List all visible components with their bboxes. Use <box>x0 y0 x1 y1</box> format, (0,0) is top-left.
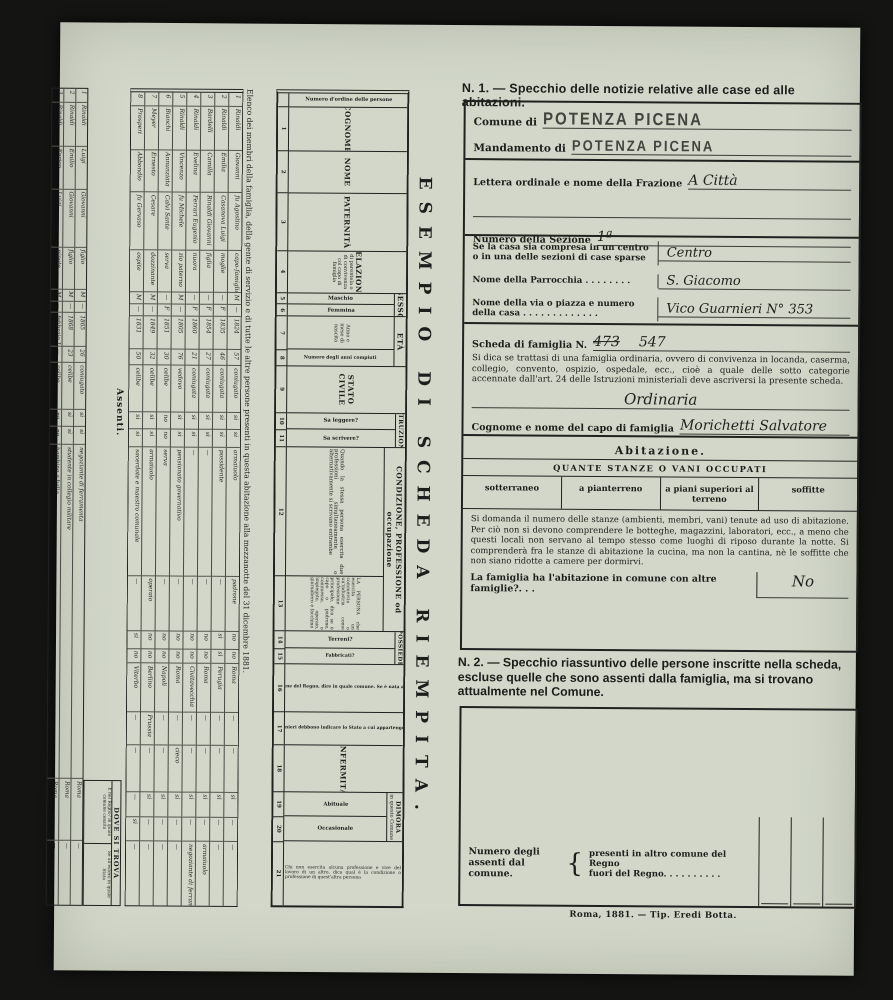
assente-cell: M <box>51 289 62 301</box>
example-header-table: Numero d'ordine delle persone COGNOME NO… <box>271 89 410 908</box>
imprint: Roma, 1881. — Tip. Eredi Botta. <box>454 909 852 922</box>
person-cell: celibe <box>143 366 156 413</box>
n2-assenti-cell-f[interactable] <box>790 818 823 907</box>
col-scrivere-label: Sa scrivere? <box>323 435 359 441</box>
assente-cell: — <box>63 301 74 313</box>
person-cell: — <box>126 792 139 817</box>
person-cell: no <box>197 631 210 649</box>
col-stato-civile: STATO CIVILE <box>287 366 405 413</box>
person-cell: Roma <box>225 664 238 713</box>
assente-cell: 3 <box>52 89 63 103</box>
person-cell: — <box>183 713 196 746</box>
person-cell: — <box>196 746 209 793</box>
col-femmina-label: Femmina <box>327 307 354 313</box>
person-cell: no <box>183 631 196 649</box>
person-cell: vedovo <box>171 366 184 413</box>
person-cell: 4 <box>187 93 200 107</box>
col-istruzione: ISTRUZIONE Sa leggere? Sa scrivere? <box>287 413 405 449</box>
person-cell: no <box>183 649 196 664</box>
col-leggere-label: Sa leggere? <box>324 418 359 424</box>
person-cell: F <box>158 304 171 316</box>
person-cell: — <box>224 746 237 793</box>
person-cell: sì <box>185 430 198 448</box>
person-cell: dozzinante <box>144 250 157 292</box>
assente-cell: — <box>71 841 82 905</box>
person-cell: sì <box>154 792 167 817</box>
assente-cell: no <box>50 427 61 445</box>
person-cell: Evelina <box>187 150 200 193</box>
person-cell: Viterbo <box>127 664 140 713</box>
col-maschio-label: Maschio <box>328 295 353 301</box>
person-cell: fu Gervaso <box>130 193 143 251</box>
person-cell: serva <box>158 250 171 292</box>
person-cell: 46 <box>213 350 226 366</box>
person-cell: Napoli <box>155 664 168 713</box>
person-cell: 3 <box>201 93 214 107</box>
assente-cell: Luigi <box>76 147 87 190</box>
n2-assenti-cell-t[interactable] <box>822 818 855 907</box>
field-number: 19 <box>273 792 283 817</box>
person-cell: 7 <box>145 92 158 106</box>
person-cell: — <box>200 292 213 304</box>
frazione-label: Lettera ordinale e nome della Frazione <box>473 177 682 189</box>
person-cell: celibe <box>157 366 170 413</box>
col-abituale-label: Abituale <box>323 801 348 807</box>
n2-assenti-sub-1: fuori del Regno. . . . . . . . . . <box>585 869 755 880</box>
example-rotated-table: ESEMPIO DI SCHEDA RIEMPITA. Numero d'ord… <box>55 88 438 909</box>
person-cell: Camilla <box>201 150 214 193</box>
person-cell: — <box>214 293 227 305</box>
assente-cell: — <box>75 301 86 313</box>
person-cell: sì <box>182 792 195 817</box>
col-occasionale-label: Occasionale <box>317 826 353 832</box>
col-nome-label: NOME <box>342 157 353 188</box>
assente-cell: Roma <box>71 779 82 841</box>
person-cell: — <box>196 817 209 842</box>
comune-stamp: POTENZA PICENA <box>543 109 703 130</box>
stanze-col-header: a pianterreno <box>562 477 661 510</box>
person-cell: M <box>130 292 143 304</box>
col-numero-label: Numero d'ordine delle persone <box>305 97 392 104</box>
scheda-number: 547 <box>639 334 666 350</box>
person-cell: sì <box>199 430 212 448</box>
person-cell: padrone <box>226 577 239 632</box>
person-cell: Annunziata <box>159 150 172 193</box>
person-cell: sacerdote e maestro comunale <box>128 447 142 576</box>
person-cell: — <box>182 746 195 793</box>
person-cell: no <box>225 649 238 664</box>
assenti-section: Assenti. DOVE SI TROVA È nel Regno? in q… <box>46 88 127 907</box>
person-cell: Ernesto <box>145 150 158 193</box>
assente-cell: 2 <box>64 89 75 103</box>
n2-heading: N. 2. — Specchio riassuntivo delle perso… <box>458 655 858 701</box>
col-vive-nota: Chi non esercita alcuna professione e vi… <box>284 842 402 906</box>
person-cell: 76 <box>171 350 184 366</box>
person-cell: Bardelli <box>201 107 214 151</box>
person-cell: Emilia <box>215 150 228 193</box>
col-luogo: LUOGO di nascita Se la persona è nata in… <box>285 664 404 746</box>
field-number: 21 <box>273 842 283 906</box>
person-cell: 1805 <box>172 316 185 350</box>
person-cell: — <box>156 576 169 631</box>
example-title: ESEMPIO DI SCHEDA RIEMPITA. <box>410 90 436 908</box>
person-cell: nuora <box>186 251 199 293</box>
person-cell: armaiuolo <box>142 447 156 576</box>
person-cell: Prosperi <box>131 106 144 150</box>
person-cell: — <box>198 577 211 632</box>
col-sesso: SESSO Maschio Femmina <box>288 293 406 318</box>
person-cell: — <box>210 746 223 793</box>
col-anni-label: Numero degli anni compiuti <box>304 355 377 361</box>
person-cell: Civitavecchia <box>183 664 196 713</box>
col-vive-nota-label: Chi non esercita alcuna professione e vi… <box>284 865 402 882</box>
person-cell: — <box>210 817 223 842</box>
brace-glyph: { <box>564 848 585 878</box>
assente-cell: studente in collegio militare <box>60 445 73 779</box>
person-cell: Rinaldi <box>215 107 228 151</box>
col-luogo-nota: Se la persona è nata in un comune del Re… <box>285 684 404 693</box>
person-cell: — <box>211 713 224 746</box>
person-cell: — <box>126 745 139 792</box>
person-cell: 8 <box>131 92 144 106</box>
person-cell: coniugato <box>227 366 240 413</box>
via-value[interactable]: Vico Guarnieri N° 353 <box>658 301 850 318</box>
person-cell: fu Michele <box>172 193 185 251</box>
person-cell: — <box>224 817 237 842</box>
person-cell: F <box>186 304 199 316</box>
person-cell: sì <box>224 793 237 818</box>
person-cell: celibe <box>129 366 142 413</box>
field-number: 14 <box>274 631 284 649</box>
stanze-col-header: soffitte <box>759 478 857 511</box>
col-dimora-sub: in questo Comune <box>387 793 393 841</box>
person-cell: Casanova Luigi <box>214 193 227 251</box>
person-cell: sì <box>199 413 212 430</box>
person-cell: sì <box>126 817 139 842</box>
person-cell: sì <box>185 413 198 430</box>
person-cell: 1 <box>229 93 242 107</box>
col-condizione-label: CONDIZIONE, PROFESSIONE od occupazione <box>384 448 405 631</box>
person-cell: M <box>172 292 185 304</box>
example-header-row: Numero d'ordine delle persone COGNOME NO… <box>284 93 408 906</box>
person-cell: sì <box>129 429 142 447</box>
assente-cell: sì <box>74 427 85 445</box>
mandamento-stamp: POTENZA PICENA <box>572 137 714 155</box>
person-cell: no <box>157 429 170 447</box>
person-cell: moglie <box>214 251 227 293</box>
col-persona-nota: LA PERSONA che esercita un commercio o u… <box>308 576 361 631</box>
person-cell: pensionato governativo <box>170 447 184 576</box>
person-cell: — <box>154 745 167 792</box>
capo-field[interactable]: Morichetti Salvatore <box>680 415 850 436</box>
person-cell: — <box>184 577 197 632</box>
paper-sheet: ESEMPIO DI SCHEDA RIEMPITA. Numero d'ord… <box>54 22 861 976</box>
assente-cell: Giovanni <box>75 190 86 248</box>
col-cognome: COGNOME <box>289 107 407 151</box>
person-cell: 30 <box>157 350 170 366</box>
person-cell: sì <box>143 412 156 429</box>
person-cell: 1854 <box>200 316 213 350</box>
person-cell: sì <box>211 631 224 649</box>
person-cell: Prussia <box>141 712 154 745</box>
frazione-blank-line[interactable] <box>473 202 851 220</box>
person-cell: sì <box>129 412 142 429</box>
via-label: Nome della via o piazza e numero della c… <box>472 296 658 321</box>
person-cell: — <box>210 842 223 906</box>
field-number <box>278 93 288 107</box>
person-cell: — <box>168 817 181 842</box>
person-cell: 1860 <box>186 316 199 350</box>
person-cell: — <box>198 448 212 577</box>
person-cell: 2 <box>215 93 228 107</box>
assente-cell: no <box>50 410 61 427</box>
field-number: 15 <box>274 649 284 664</box>
example-person-rows: 1RinaldiGiovannifu Agostinocapo-famiglia… <box>125 88 244 907</box>
assente-cell: Roma <box>47 779 58 841</box>
person-cell: sì <box>227 430 240 448</box>
field-number: 10 <box>276 413 286 430</box>
person-cell: no <box>169 649 182 664</box>
assente-cell: celibe <box>50 363 61 410</box>
person-cell: 5 <box>173 93 186 107</box>
n2-body <box>461 760 855 818</box>
comune-field[interactable]: POTENZA PICENA <box>543 109 852 131</box>
person-cell: sì <box>213 413 226 430</box>
person-cell: — <box>182 817 195 842</box>
assente-cell: figlio <box>75 247 86 289</box>
casa-label: Se la casa sia compresa in un centro o i… <box>473 240 659 265</box>
person-cell: — <box>127 712 140 745</box>
field-number: 16 <box>274 664 284 713</box>
person-cell: Rinaldi Giovanni <box>200 193 213 251</box>
assente-cell: bambino a balia <box>48 445 61 779</box>
assente-cell: coniugato <box>74 363 85 410</box>
person-cell: serva <box>156 447 170 576</box>
person-cell: armaiuolo <box>196 842 209 906</box>
assente-cell: sì <box>62 410 73 427</box>
person-cell: sì <box>168 792 181 817</box>
person-cell: — <box>225 713 238 746</box>
person-cell: sì <box>227 413 240 430</box>
categoria-field[interactable]: Ordinaria <box>472 388 850 411</box>
frazione-field[interactable]: A Città <box>688 170 851 191</box>
person-cell: — <box>140 745 153 792</box>
person-cell: no <box>127 649 140 664</box>
person-cell: — <box>154 842 167 906</box>
person-cell: — <box>197 713 210 746</box>
parrocchia-value[interactable]: S. Giacomo <box>658 273 850 290</box>
assente-cell: 1865 <box>75 313 86 347</box>
assente-cell: Luigi <box>51 189 62 247</box>
person-cell: 1831 <box>130 316 143 350</box>
col-stranieri-nota: Gli stranieri debbono indicare lo Stato … <box>285 725 404 733</box>
field-number: 7 <box>277 317 287 351</box>
person-cell: 27 <box>199 350 212 366</box>
person-cell: capo-famiglia <box>228 251 241 293</box>
famiglie-value[interactable]: No <box>756 572 848 599</box>
col-condizione: CONDIZIONE, PROFESSIONE od occupazione Q… <box>286 448 405 632</box>
assente-cell: nipote <box>51 247 62 289</box>
person-cell: 32 <box>143 350 156 366</box>
assente-cell: Enrico <box>52 147 63 190</box>
col-paternita-label: PATERNITÀ <box>342 195 353 250</box>
dove-regno-label: È nel Regno? in quale comune censito <box>84 781 111 844</box>
col-stato-civile-label: STATO CIVILE <box>336 367 356 413</box>
dove-title: DOVE SI TROVA <box>111 781 121 905</box>
stanze-col-header: sotterraneo <box>463 476 562 509</box>
person-cell: operaio <box>142 576 155 631</box>
person-cell: coniugata <box>213 366 226 413</box>
person-cell: coniugata <box>199 366 212 413</box>
scheda-old-number: 473 <box>593 334 620 350</box>
person-cell: — <box>169 713 182 746</box>
capo-value: Morichetti Salvatore <box>680 418 827 435</box>
person-cell: coniugata <box>185 366 198 413</box>
person-cell: sì <box>127 631 140 649</box>
casa-value[interactable]: Centro <box>659 245 851 262</box>
person-cell: no <box>155 631 168 649</box>
assente-cell: Giovanni <box>63 189 74 247</box>
col-eta: ETÀ Anno e mese di nascita Numero degli … <box>287 317 405 367</box>
person-cell: fu Agostino <box>228 193 241 251</box>
assente-cell: celibe <box>62 363 73 410</box>
col-possiede: POSSIEDE Terreni? Fabbricati? <box>285 631 403 665</box>
col-istruzione-label: ISTRUZIONE <box>396 413 405 449</box>
col-relazione: RELAZIONE di parentela o di convivenza c… <box>288 251 406 294</box>
person-cell: — <box>140 817 153 842</box>
n2-table: Numero degli assenti dal comune. { prese… <box>458 706 857 909</box>
n2-assenti-cell-m[interactable] <box>758 818 791 907</box>
assente-cell: 26 <box>74 347 85 363</box>
famiglie-line: La famiglia ha l'abitazione in comune co… <box>470 570 848 599</box>
stanze-header-row: sotterraneoa pianterrenoa piani superior… <box>463 476 857 511</box>
person-cell: zio paterno <box>172 251 185 293</box>
assente-cell: Emilio <box>64 147 75 190</box>
stanze-table: QUANTE STANZE O VANI OCCUPATI sotterrane… <box>463 458 857 512</box>
person-cell: no <box>141 631 154 649</box>
assente-cell: 1 <box>76 89 87 103</box>
col-infermita-label: INFERMITÀ <box>338 745 349 792</box>
person-cell: cieco <box>168 745 181 792</box>
person-cell: no <box>141 649 154 664</box>
person-cell: possidente <box>212 448 226 577</box>
person-cell: Abbondio <box>131 150 144 193</box>
field-number: 6 <box>277 305 287 317</box>
person-cell: negoziante di ferramenta <box>182 842 195 906</box>
sec-scheda: Scheda di famiglia N. 473 547 Si dica se… <box>463 322 858 437</box>
assente-cell: sì <box>62 427 73 445</box>
scheda-field[interactable]: 473 547 <box>593 331 850 353</box>
person-cell: F <box>214 304 227 316</box>
field-number: 17 <box>274 713 284 746</box>
person-cell: sì <box>211 649 224 664</box>
assente-cell: — <box>51 301 62 313</box>
stanze-col-header: a piani superiori al terreno <box>660 477 759 510</box>
person-cell: M <box>228 293 241 305</box>
person-cell: — <box>224 842 237 906</box>
categoria-value: Ordinaria <box>624 390 698 409</box>
person-cell: Calvi Sante <box>158 193 171 251</box>
person-cell: — <box>186 292 199 304</box>
field-number: 18 <box>273 745 283 792</box>
frazione-value: A Città <box>688 173 737 189</box>
col-possiede-label: POSSIEDE <box>395 631 403 665</box>
n2-assenti-sub-0: presenti in altro comune del Regno <box>585 849 755 870</box>
field-number: 12 <box>275 448 286 577</box>
person-cell: Roma <box>169 664 182 713</box>
sec-casa: Se la casa sia compresa in un centro o i… <box>464 234 859 325</box>
person-cell: 50 <box>129 350 142 366</box>
person-cell: no <box>197 649 210 664</box>
person-cell: Bianchi <box>159 106 172 150</box>
assente-cell: — <box>59 841 70 905</box>
col-paternita: PATERNITÀ <box>288 194 406 252</box>
person-cell: ospite <box>130 250 143 292</box>
col-condizione-nota: Quando la stessa persona esercita due pr… <box>325 448 346 575</box>
person-cell: — <box>212 577 225 632</box>
assente-cell: Rinaldi <box>52 103 63 147</box>
scanned-census-page: { "colors":{"background":"#141412","pape… <box>0 0 893 1000</box>
person-cell: no <box>157 412 170 429</box>
person-cell: M <box>144 292 157 304</box>
person-cell: sì <box>213 430 226 448</box>
col-dimora: DIMORA in questo Comune Abituale Occasio… <box>284 792 402 842</box>
col-anno-label: Anno e mese di nascita <box>332 317 349 349</box>
n1-form: Comune di POTENZA PICENA Mandamento di P… <box>460 100 862 653</box>
assente-cell: sì <box>74 410 85 427</box>
person-cell: sì <box>143 429 156 447</box>
sec-abitazione: Abitazione. QUANTE STANZE O VANI OCCUPAT… <box>462 434 857 643</box>
person-cell: 21 <box>185 350 198 366</box>
assente-cell: figlio <box>63 247 74 289</box>
col-cognome-label: COGNOME <box>342 107 353 151</box>
col-numero: Numero d'ordine delle persone <box>289 93 407 108</box>
col-terreni-label: Terreni? <box>328 637 353 643</box>
assente-cell: febbraio 1881 <box>51 313 62 347</box>
n2-header-spacer <box>461 708 855 763</box>
comune-label: Comune di <box>474 116 537 128</box>
col-fabbricati-label: Fabbricati? <box>325 654 354 659</box>
dove-estero-label: Se all'estero in quale Stato <box>84 843 111 905</box>
assente-cell: M <box>63 289 74 301</box>
assente-cell: Roma <box>59 779 70 841</box>
person-cell: Rinaldi <box>173 106 186 150</box>
col-eta-label: ETÀ <box>395 332 406 352</box>
person-cell: figlia <box>200 251 213 293</box>
person-cell: sì <box>210 792 223 817</box>
person-cell: — <box>170 576 183 631</box>
field-number: 2 <box>278 151 288 194</box>
person-cell: — <box>128 576 141 631</box>
mandamento-field[interactable]: POTENZA PICENA <box>572 135 852 157</box>
person-cell: armaiuolo <box>226 448 240 577</box>
field-number: 13 <box>275 577 285 632</box>
col-sesso-label: SESSO <box>395 293 406 318</box>
field-number: 11 <box>276 430 286 448</box>
person-cell: no <box>155 649 168 664</box>
person-cell: Perugia <box>211 664 224 713</box>
person-cell: sì <box>171 429 184 447</box>
person-cell: no <box>225 632 238 650</box>
person-cell: — <box>140 842 153 906</box>
person-cell: sì <box>196 792 209 817</box>
person-cell: sì <box>171 413 184 430</box>
field-number: 1 <box>278 107 288 151</box>
field-number: 3 <box>277 194 287 252</box>
person-cell: 1824 <box>228 317 241 351</box>
capo-label: Cognome e nome del capo di famiglia <box>471 422 674 434</box>
assente-cell: Rinaldi <box>76 103 87 147</box>
